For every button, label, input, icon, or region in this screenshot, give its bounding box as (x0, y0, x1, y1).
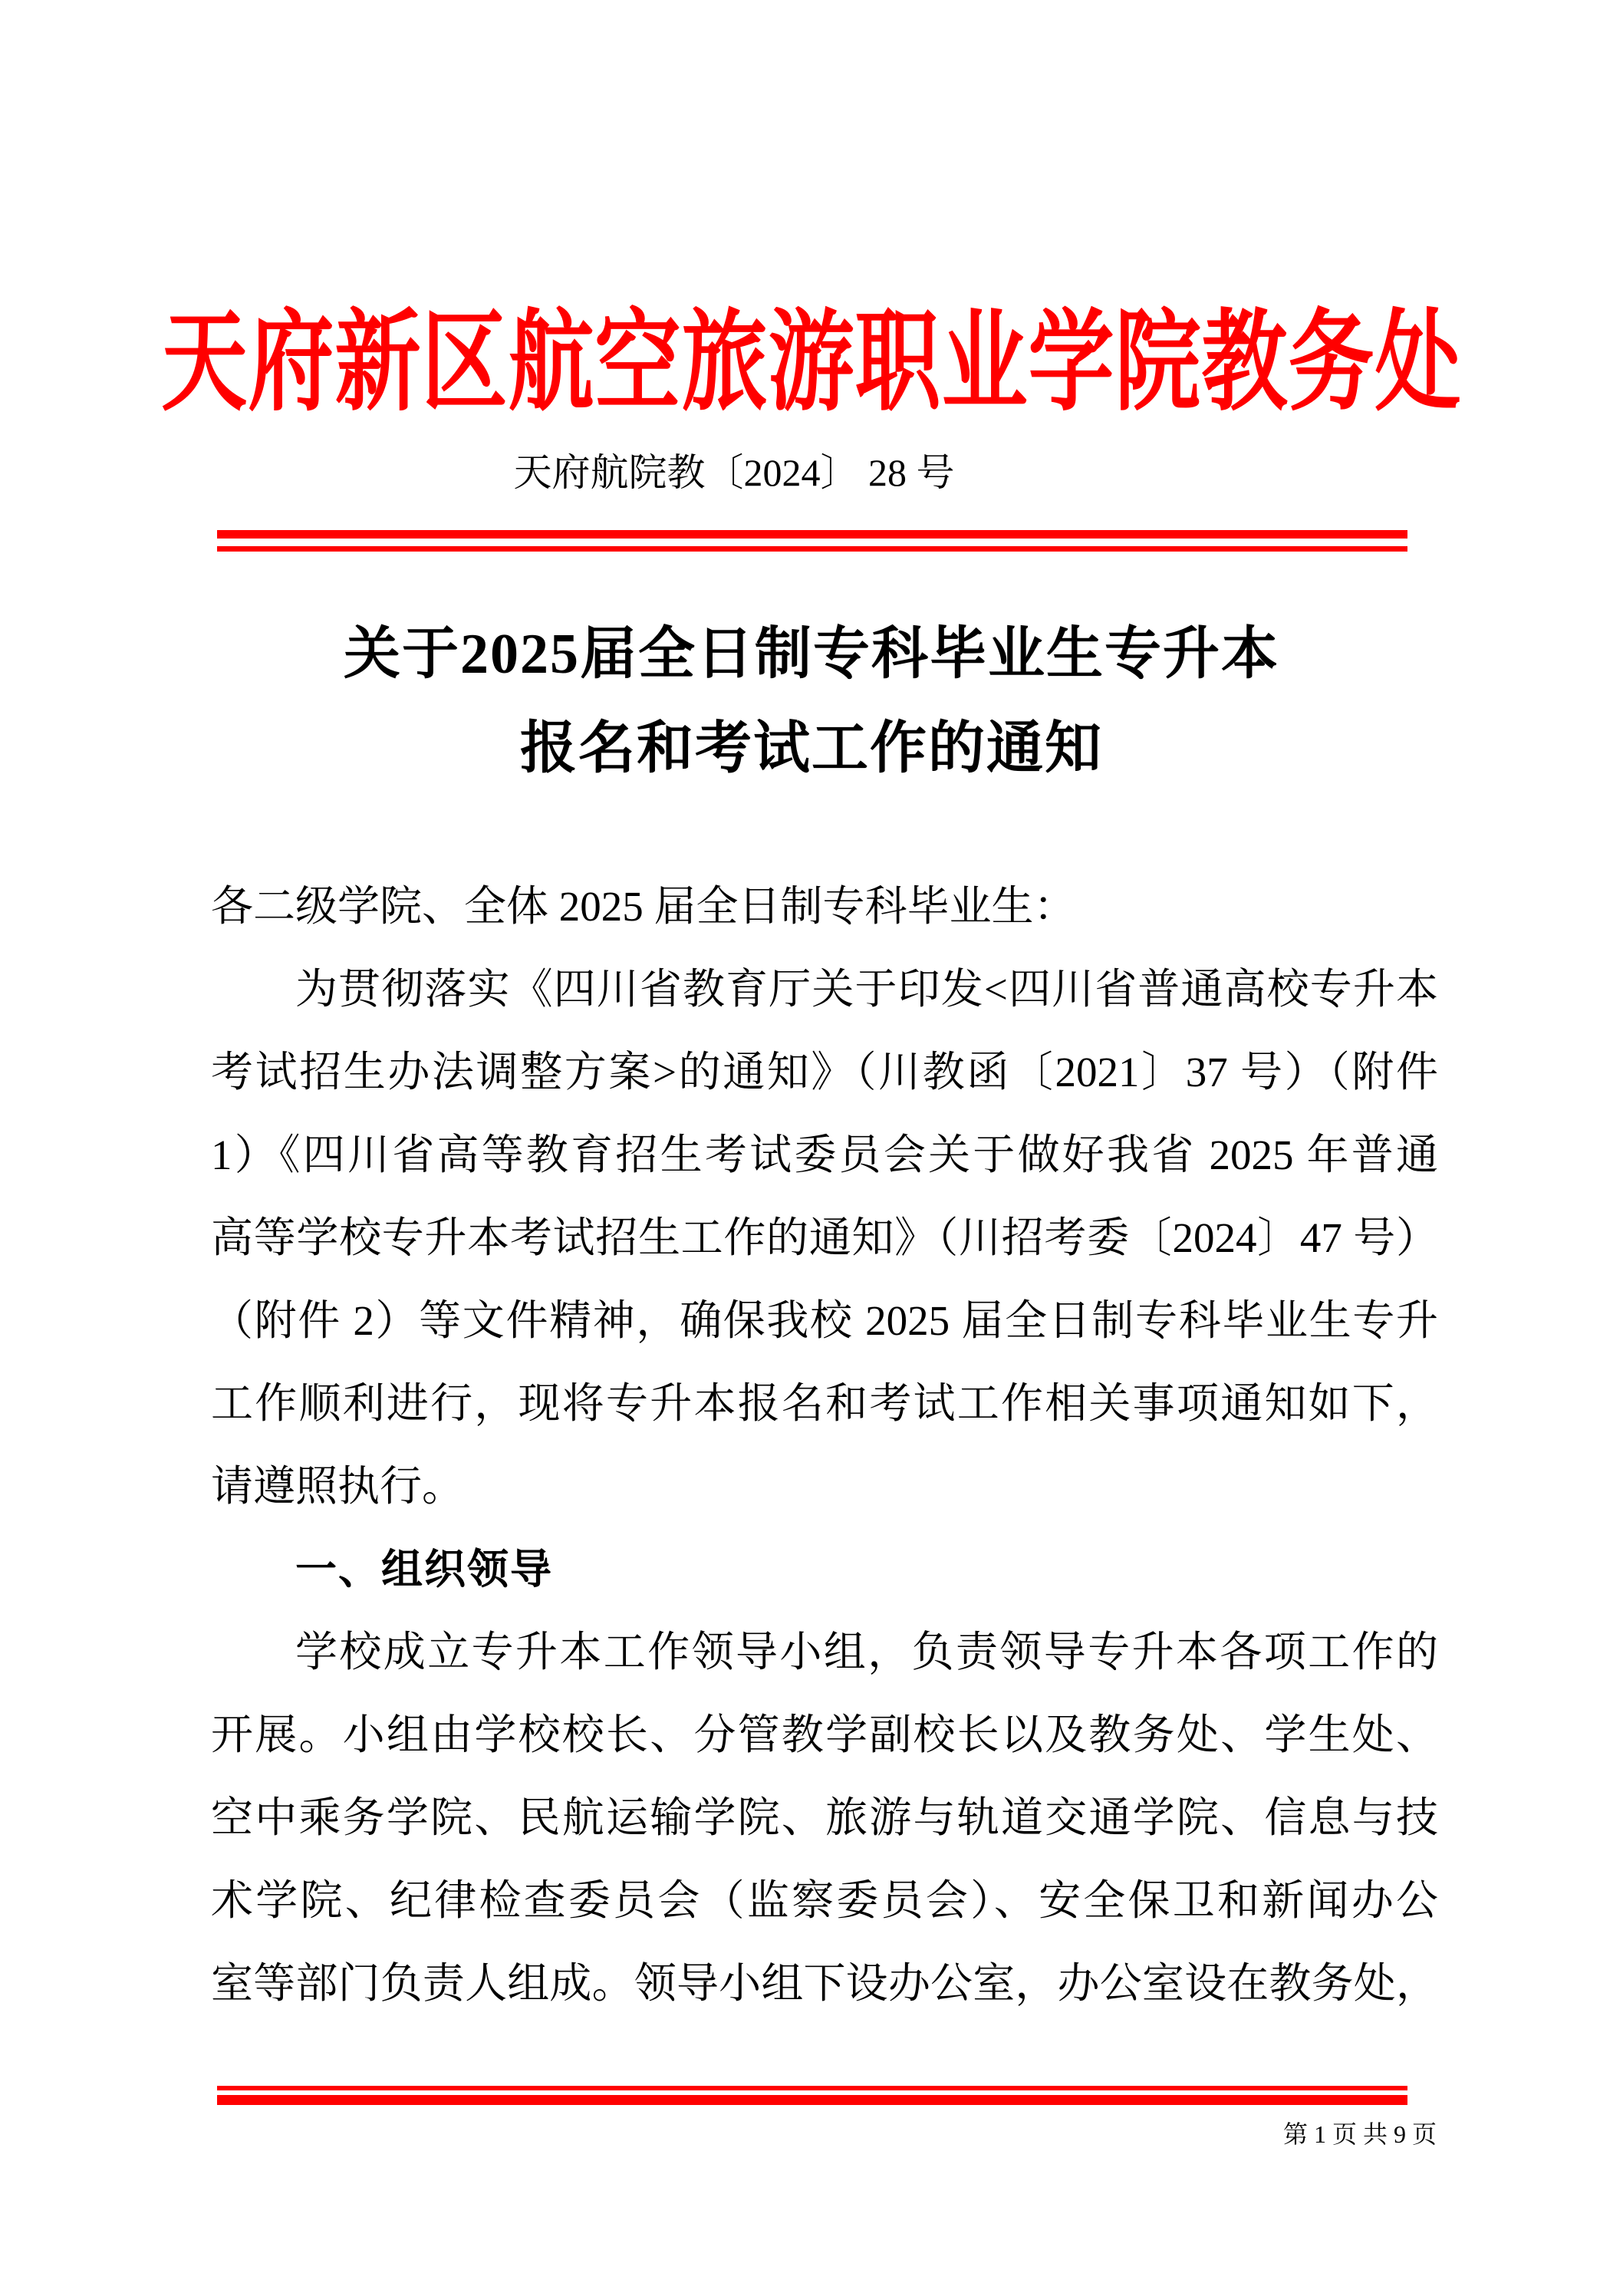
body-line: 开展。小组由学校校长、分管教学副校长以及教务处、学生处、 (211, 1694, 1438, 1777)
section-heading-1: 一、组织领导 (211, 1528, 1438, 1611)
body-line: 为贯彻落实《四川省教育厅关于印发<四川省普通高校专升本 (211, 948, 1438, 1031)
footer-rule-thick (217, 2095, 1407, 2105)
page-number: 第 1 页 共 9 页 (1283, 2117, 1437, 2151)
document-title-line-1: 关于2025届全日制专科毕业生专升本 (0, 608, 1623, 702)
body-line: 高等学校专升本考试招生工作的通知》（川招考委〔2024〕47 号） (211, 1197, 1438, 1280)
body-line: （附件 2）等文件精神，确保我校 2025 届全日制专科毕业生专升本 (211, 1280, 1438, 1362)
document-title-line-2: 报名和考试工作的通知 (0, 702, 1623, 796)
body-line: 室等部门负责人组成。领导小组下设办公室，办公室设在教务处， (211, 1942, 1438, 2025)
document-title: 关于2025届全日制专科毕业生专升本 报名和考试工作的通知 (0, 608, 1623, 796)
document-body: 各二级学院、全体 2025 届全日制专科毕业生： 为贯彻落实《四川省教育厅关于印… (211, 865, 1438, 2025)
document-reference-number: 天府航院教〔2024〕 28 号 (0, 449, 1468, 496)
organization-title: 天府新区航空旅游职业学院教务处 (162, 308, 1462, 418)
document-page: 天府新区航空旅游职业学院教务处 天府航院教〔2024〕 28 号 关于2025届… (0, 0, 1623, 2296)
salutation-line: 各二级学院、全体 2025 届全日制专科毕业生： (211, 865, 1438, 948)
header-rule-thick (217, 530, 1407, 539)
body-line: 空中乘务学院、民航运输学院、旅游与轨道交通学院、信息与技 (211, 1777, 1438, 1860)
letterhead: 天府新区航空旅游职业学院教务处 (0, 305, 1623, 422)
footer-rule-thin (217, 2086, 1407, 2090)
body-line: 学校成立专升本工作领导小组，负责领导专升本各项工作的 (211, 1611, 1438, 1694)
header-rule-thin (217, 546, 1407, 552)
body-line: 1）《四川省高等教育招生考试委员会关于做好我省 2025 年普通 (211, 1114, 1438, 1197)
body-line: 工作顺利进行，现将专升本报名和考试工作相关事项通知如下， (211, 1362, 1438, 1445)
body-line: 术学院、纪律检查委员会（监察委员会）、安全保卫和新闻办公 (211, 1860, 1438, 1942)
body-line: 请遵照执行。 (211, 1445, 1438, 1528)
body-line: 考试招生办法调整方案>的通知》（川教函〔2021〕37 号）（附件 (211, 1031, 1438, 1114)
